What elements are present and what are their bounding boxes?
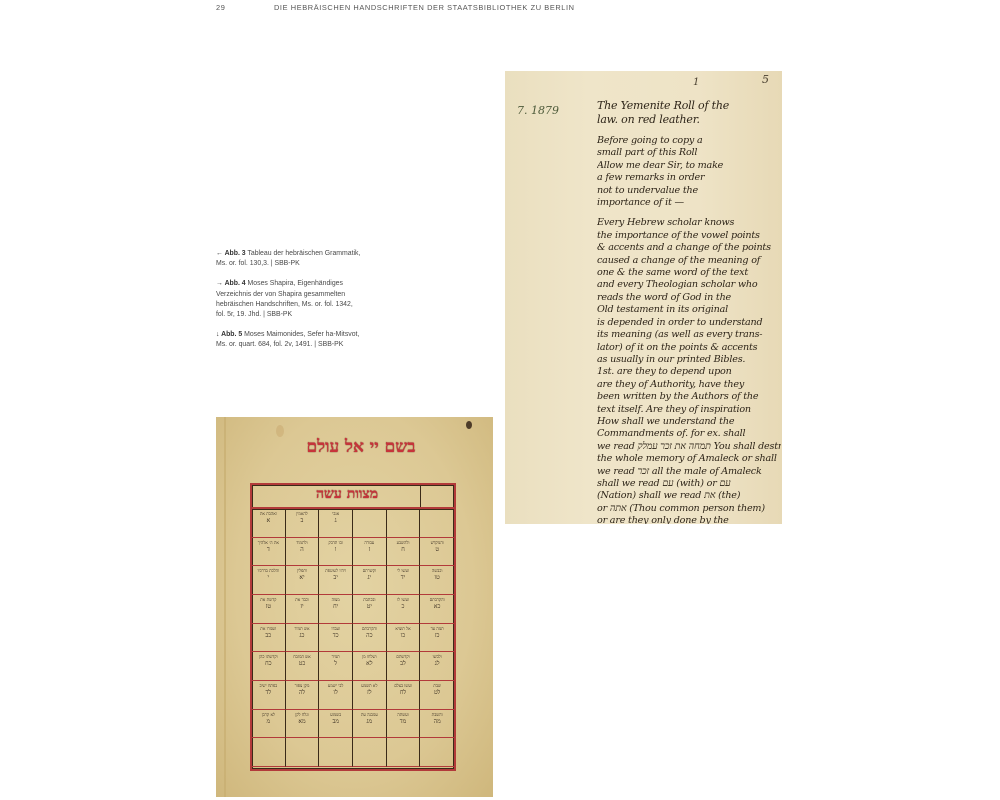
handwritten-line: Allow me dear Sir, to make bbox=[597, 160, 781, 172]
cell-number: יב bbox=[320, 575, 351, 580]
cell-text: עמבנה עת bbox=[361, 712, 378, 717]
cell-text: והלכת בדרכיו bbox=[257, 568, 279, 573]
table-cell: והמקדשט bbox=[420, 538, 454, 567]
cell-text: את ה׳ אלהיך bbox=[258, 540, 279, 545]
table-cell: והשבתמה bbox=[420, 710, 454, 739]
table-cell bbox=[252, 738, 286, 767]
table-cell: ולתמודה bbox=[286, 538, 320, 567]
cell-text: ועשו לי bbox=[397, 568, 409, 573]
handwritten-line: (Nation) shall we read את (the) bbox=[597, 490, 781, 502]
manuscript-blessing: בשם יי אל עולם bbox=[256, 437, 466, 457]
cell-number: מ bbox=[253, 719, 284, 724]
table-cell bbox=[286, 738, 320, 767]
table-cell: ועבדוכד bbox=[319, 624, 353, 653]
cell-text: ושמרו את bbox=[260, 626, 276, 631]
handwritten-line: we read זכר all the male of Amaleck bbox=[597, 466, 781, 478]
table-title: מצוות עשה bbox=[282, 486, 412, 503]
running-header: 29DIE HEBRÄISCHEN HANDSCHRIFTEN DER STAA… bbox=[216, 3, 575, 12]
cell-text: ולבשו bbox=[433, 654, 442, 659]
table-cell: אש תמידכג bbox=[286, 624, 320, 653]
page-number: 29 bbox=[216, 3, 274, 12]
cell-number: ה bbox=[287, 547, 318, 552]
caption-abb-3: ← Abb. 3 Tableau der hebräischen Grammat… bbox=[216, 249, 361, 269]
handwritten-title-line: The Yemenite Roll of the bbox=[597, 99, 781, 113]
table-cell bbox=[420, 509, 454, 538]
cell-text: בפתח ישיב bbox=[259, 683, 277, 688]
cell-text: ובו תדבק bbox=[329, 540, 343, 545]
cell-text: ולהשבע bbox=[397, 540, 410, 545]
table-cell: קדשת אתטז bbox=[252, 595, 286, 624]
folio-corner-number: 5 bbox=[762, 73, 769, 86]
cell-number: כט bbox=[287, 661, 318, 666]
table-cell: לא קרבןמ bbox=[252, 710, 286, 739]
table-cell: ובכתבתיט bbox=[353, 595, 387, 624]
cell-number: מה bbox=[421, 719, 453, 724]
handwritten-line: not to undervalue the bbox=[597, 185, 781, 197]
cell-number: ז bbox=[354, 547, 385, 552]
cell-text: ועשו לו bbox=[397, 597, 409, 602]
cell-text: עבודה bbox=[364, 540, 374, 545]
cell-number: יד bbox=[388, 575, 419, 580]
handwritten-line: small part of this Roll bbox=[597, 147, 781, 159]
cell-number: לא bbox=[354, 661, 385, 666]
table-cell bbox=[319, 738, 353, 767]
table-cell bbox=[420, 738, 454, 767]
cell-text: והשבת bbox=[432, 712, 443, 717]
cell-number: ל bbox=[320, 661, 351, 666]
cell-text: ועבדו bbox=[331, 626, 340, 631]
table-cell: בשמועמב bbox=[319, 710, 353, 739]
table-cell: ויהיו לטוטפתיב bbox=[319, 566, 353, 595]
table-cell: עמבנה עתמג bbox=[353, 710, 387, 739]
cell-number: מב bbox=[320, 719, 351, 724]
commandments-table: מצוות עשה ואהבת אתאלהאמיןבאנכיגאת ה׳ אלה… bbox=[250, 483, 456, 771]
cell-text: לא תשמע bbox=[361, 683, 377, 688]
cell-text: תמה עד bbox=[431, 626, 444, 631]
cell-number: כ bbox=[388, 604, 419, 609]
cell-number: לג bbox=[421, 661, 453, 666]
table-cell bbox=[353, 509, 387, 538]
table-cell: ושלחו מןלא bbox=[353, 652, 387, 681]
table-cell: ולבשולג bbox=[420, 652, 454, 681]
table-header-empty-cell bbox=[420, 485, 454, 507]
cell-number: מג bbox=[354, 719, 385, 724]
table-cell: ועשתהמד bbox=[387, 710, 421, 739]
cell-number: כח bbox=[253, 661, 284, 666]
cell-text: וכבשה bbox=[432, 568, 443, 573]
handwritten-text: The Yemenite Roll of the law. on red lea… bbox=[597, 99, 781, 524]
cell-text: ועשו בצלם bbox=[394, 683, 412, 688]
cell-number: כג bbox=[287, 633, 318, 638]
cell-text: וגלח לקן bbox=[295, 712, 309, 717]
cell-text: לבי ישמע bbox=[328, 683, 343, 688]
handwritten-line: the importance of the vowel points bbox=[597, 230, 781, 242]
table-cell: ובו תדבקו bbox=[319, 538, 353, 567]
cell-number: ב bbox=[287, 518, 318, 523]
cell-text: ותפלין bbox=[297, 568, 307, 573]
cell-number: לו bbox=[320, 690, 351, 695]
table-cell: עבודהז bbox=[353, 538, 387, 567]
cell-number: לח bbox=[388, 690, 419, 695]
cell-number: יא bbox=[287, 575, 318, 580]
cell-text: אש המזבח bbox=[293, 654, 310, 659]
cell-number: מד bbox=[388, 719, 419, 724]
cell-number: יג bbox=[354, 575, 385, 580]
table-cell: ושמרו אתכב bbox=[252, 624, 286, 653]
caption-abb-5: ↓ Abb. 5 Moses Maimonides, Sefer ha-Mits… bbox=[216, 330, 361, 350]
table-cell: וקשרתםיג bbox=[353, 566, 387, 595]
cell-text: תמיד bbox=[332, 654, 340, 659]
cell-number: לז bbox=[354, 690, 385, 695]
table-cell: ואהבת אתא bbox=[252, 509, 286, 538]
cell-number: י bbox=[253, 575, 284, 580]
table-cell bbox=[387, 509, 421, 538]
handwritten-line: lator) of it on the points & accents bbox=[597, 342, 781, 354]
table-header: מצוות עשה bbox=[252, 485, 454, 509]
table-cell: ועשו בצלםלח bbox=[387, 681, 421, 710]
cell-text: וקדשתו כהן bbox=[259, 654, 278, 659]
cell-text: מצוה bbox=[332, 597, 340, 602]
cell-text: ובכתבת bbox=[363, 597, 375, 602]
table-cell: והלכת בדרכיוי bbox=[252, 566, 286, 595]
handwritten-line: How shall we understand the bbox=[597, 416, 781, 428]
cell-number: מא bbox=[287, 719, 318, 724]
table-cell: את ה׳ אלהיךד bbox=[252, 538, 286, 567]
table-cell: ועשו לייד bbox=[387, 566, 421, 595]
cell-text: וקשרתם bbox=[363, 568, 377, 573]
figure-4-handwritten-manuscript: 7. 1879 1 5 The Yemenite Roll of the law… bbox=[505, 71, 782, 524]
handwritten-line: a few remarks in order bbox=[597, 172, 781, 184]
cell-number: טו bbox=[421, 575, 453, 580]
table-cell: בפתח ישיבלד bbox=[252, 681, 286, 710]
handwritten-line: and every Theologian scholar who bbox=[597, 279, 781, 291]
cell-text: אנכי bbox=[332, 511, 339, 516]
cell-number: ד bbox=[253, 547, 284, 552]
handwritten-line: & accents and a change of the points bbox=[597, 242, 781, 254]
cell-number: כא bbox=[421, 604, 453, 609]
cell-text: וכבד את bbox=[295, 597, 309, 602]
table-cell: לבי ישמעלו bbox=[319, 681, 353, 710]
table-cell: וקדשתו כהןכח bbox=[252, 652, 286, 681]
handwritten-line: we read תמחה את זכר עמלק You shall destr… bbox=[597, 441, 781, 453]
cell-text: קדשת את bbox=[260, 597, 276, 602]
cell-text: ושלחו מן bbox=[362, 654, 376, 659]
right-arrow-icon: → bbox=[216, 280, 223, 287]
cell-text: מקן צפור bbox=[295, 683, 310, 688]
caption-abb-4: → Abb. 4 Moses Shapira, Eigenhändiges Ve… bbox=[216, 279, 361, 320]
cell-text: והמקדש bbox=[431, 540, 444, 545]
cell-number: לט bbox=[421, 690, 453, 695]
table-cell: וגלח לקןמא bbox=[286, 710, 320, 739]
cell-number: לב bbox=[388, 661, 419, 666]
cell-number: א bbox=[253, 518, 284, 523]
figure-5-hebrew-manuscript: בשם יי אל עולם מצוות עשה ואהבת אתאלהאמין… bbox=[216, 417, 493, 797]
cell-text: לא קרבן bbox=[262, 712, 275, 717]
handwritten-line: text itself. Are they of inspiration bbox=[597, 404, 781, 416]
caption-label: Abb. 5 bbox=[221, 331, 242, 338]
table-cell: מקן צפורלה bbox=[286, 681, 320, 710]
cell-text: ויהיו לטוטפת bbox=[325, 568, 346, 573]
table-cell: ועשו לוכ bbox=[387, 595, 421, 624]
margin-note-date: 7. 1879 bbox=[517, 104, 559, 117]
handwritten-line: or are they only done by the bbox=[597, 515, 781, 524]
running-header-title: DIE HEBRÄISCHEN HANDSCHRIFTEN DER STAATS… bbox=[274, 3, 575, 12]
handwritten-line: is depended in order to understand bbox=[597, 317, 781, 329]
table-cell: וקדשתםלב bbox=[387, 652, 421, 681]
handwritten-line: Old testament in its original bbox=[597, 304, 781, 316]
table-cell: שבתלט bbox=[420, 681, 454, 710]
table-cell: תמידל bbox=[319, 652, 353, 681]
table-cell: להאמיןב bbox=[286, 509, 320, 538]
handwritten-line: its meaning (as well as every trans- bbox=[597, 329, 781, 341]
handwritten-line: are they of Authority, have they bbox=[597, 379, 781, 391]
cell-number: יט bbox=[354, 604, 385, 609]
cell-number: ח bbox=[388, 547, 419, 552]
cell-number: כה bbox=[354, 633, 385, 638]
table-cell bbox=[353, 738, 387, 767]
handwritten-line: importance of it — bbox=[597, 197, 781, 209]
handwritten-line bbox=[597, 209, 781, 217]
cell-number: לד bbox=[253, 690, 284, 695]
cell-number: יז bbox=[287, 604, 318, 609]
table-cell: אנכיג bbox=[319, 509, 353, 538]
ink-blot bbox=[466, 421, 472, 429]
cell-text: אל תוציא bbox=[395, 626, 410, 631]
cell-text: אש תמיד bbox=[295, 626, 310, 631]
cell-number: ט bbox=[421, 547, 453, 552]
handwritten-line: as usually in our printed Bibles. bbox=[597, 354, 781, 366]
handwritten-line: one & the same word of the text bbox=[597, 267, 781, 279]
down-arrow-icon: ↓ bbox=[216, 331, 219, 338]
cell-number: כב bbox=[253, 633, 284, 638]
caption-label: Abb. 3 bbox=[225, 250, 246, 257]
table-cell: לא תשמעלז bbox=[353, 681, 387, 710]
cell-text: להאמין bbox=[296, 511, 308, 516]
table-cell: וכבשהטו bbox=[420, 566, 454, 595]
cell-text: בשמוע bbox=[330, 712, 341, 717]
figure-captions: ← Abb. 3 Tableau der hebräischen Grammat… bbox=[216, 249, 361, 361]
folio-number: 1 bbox=[693, 77, 699, 88]
table-cell: אש המזבחכט bbox=[286, 652, 320, 681]
cell-text: וקדשתם bbox=[396, 654, 409, 659]
handwritten-body: Before going to copy asmall part of this… bbox=[597, 135, 781, 524]
table-cell: ותפליןיא bbox=[286, 566, 320, 595]
caption-label: Abb. 4 bbox=[225, 280, 246, 287]
table-cell: ולהשבעח bbox=[387, 538, 421, 567]
cell-text: ולתמוד bbox=[296, 540, 307, 545]
cell-number: כו bbox=[388, 633, 419, 638]
cell-text: ועשתה bbox=[397, 712, 408, 717]
cell-number: טז bbox=[253, 604, 284, 609]
table-cell: תמה עדכז bbox=[420, 624, 454, 653]
handwritten-line: reads the word of God in the bbox=[597, 292, 781, 304]
cell-number: כד bbox=[320, 633, 351, 638]
handwritten-line: 1st. are they to depend upon bbox=[597, 366, 781, 378]
cell-text: והקרבתם bbox=[430, 597, 445, 602]
table-cells: ואהבת אתאלהאמיןבאנכיגאת ה׳ אלהיךדולתמודה… bbox=[252, 509, 454, 767]
handwritten-line: or אתה (Thou common person them) bbox=[597, 503, 781, 515]
cell-text: והקרבתם bbox=[362, 626, 377, 631]
table-cell: והקרבתםכה bbox=[353, 624, 387, 653]
cell-number: ג bbox=[320, 518, 351, 523]
table-cell: מצוהיח bbox=[319, 595, 353, 624]
handwritten-line: been written by the Authors of the bbox=[597, 391, 781, 403]
cell-number: כז bbox=[421, 633, 453, 638]
table-cell: והקרבתםכא bbox=[420, 595, 454, 624]
cell-number: לה bbox=[287, 690, 318, 695]
handwritten-line: Before going to copy a bbox=[597, 135, 781, 147]
table-cell bbox=[387, 738, 421, 767]
cell-text: שבת bbox=[433, 683, 441, 688]
cell-number: ו bbox=[320, 547, 351, 552]
cell-text: ואהבת את bbox=[260, 511, 277, 516]
left-arrow-icon: ← bbox=[216, 250, 223, 257]
page-gutter bbox=[224, 417, 226, 797]
handwritten-line: Every Hebrew scholar knows bbox=[597, 217, 781, 229]
table-cell: אל תוציאכו bbox=[387, 624, 421, 653]
cell-number: יח bbox=[320, 604, 351, 609]
stain bbox=[276, 425, 284, 437]
table-cell: וכבד אתיז bbox=[286, 595, 320, 624]
handwritten-title-line: law. on red leather. bbox=[597, 113, 781, 127]
handwritten-line: Commandments of. for ex. shall bbox=[597, 428, 781, 440]
handwritten-line: the whole memory of Amaleck or shall bbox=[597, 453, 781, 465]
handwritten-line: shall we read עם (with) or עם bbox=[597, 478, 781, 490]
handwritten-line: caused a change of the meaning of bbox=[597, 255, 781, 267]
